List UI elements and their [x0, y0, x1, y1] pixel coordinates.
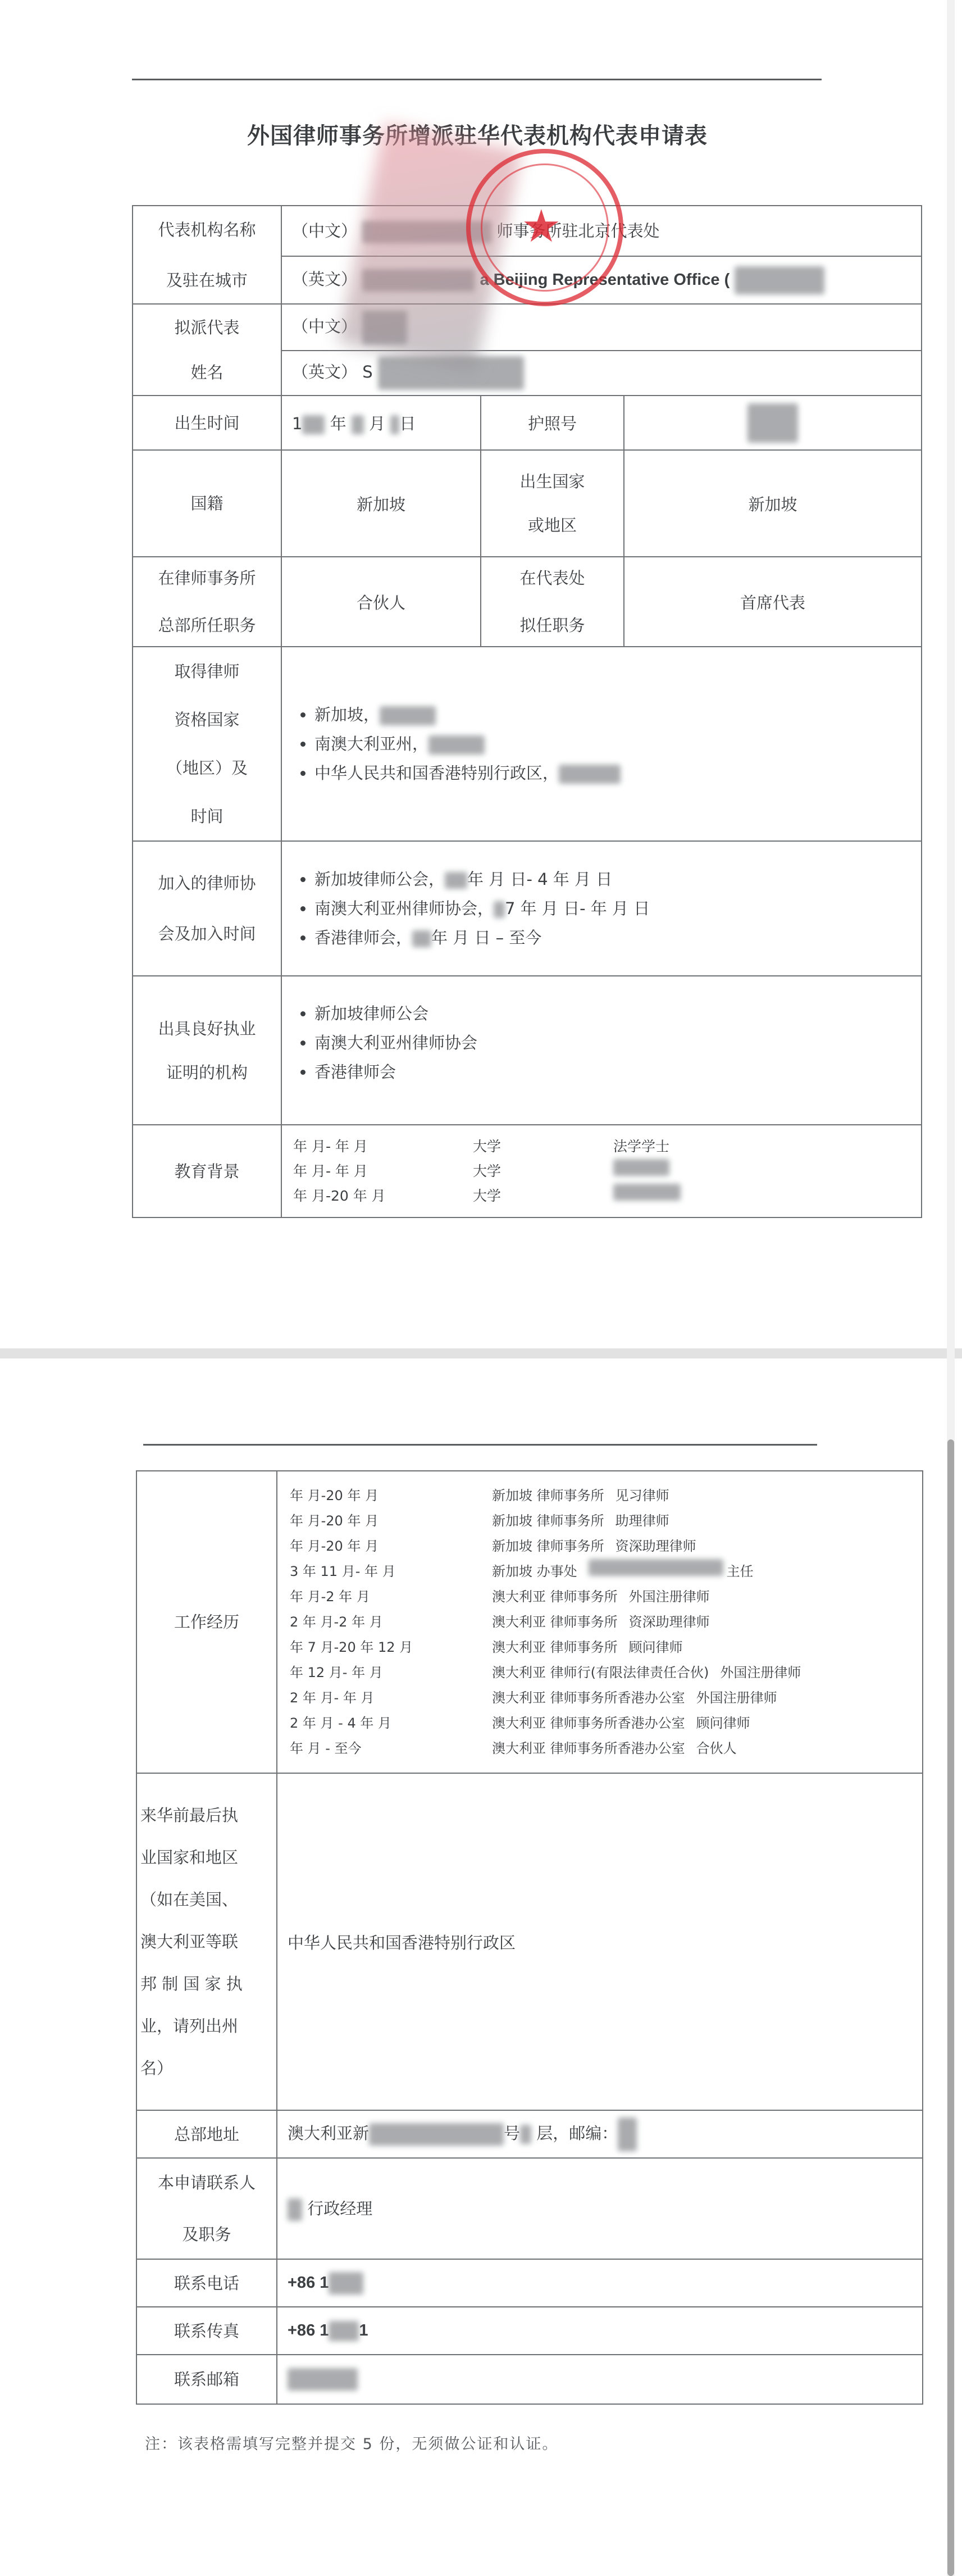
page-separator [0, 1348, 962, 1359]
redacted-text [520, 2125, 531, 2144]
nationality-label: 国籍 [133, 450, 281, 557]
hq-address-floor-postcode: 层，邮编： [536, 2124, 618, 2143]
work-title: 主任 [727, 1559, 754, 1584]
redacted-text [747, 403, 798, 443]
label-line: 本申请联系人 [147, 2165, 266, 2200]
work-title: 外国注册律师 [720, 1660, 801, 1685]
redacted-text [618, 2118, 637, 2151]
work-experience-label: 工作经历 [136, 1471, 277, 1773]
work-dates: 年 月-20 年 月 [290, 1483, 492, 1509]
row-email: 联系邮箱 [136, 2355, 923, 2404]
label-line: 出生国家 [491, 464, 613, 499]
last-practice-label: 来华前最后执 业国家和地区 （如在美国、 澳大利亚等联 邦 制 国 家 执 业，… [136, 1773, 277, 2110]
page-2: 工作经历 年 月-20 年 月新加坡 律师事务所见习律师 年 月-20 年 月新… [0, 1359, 955, 2576]
page-1: 外国律师事务所增派驻华代表机构代表申请表 代表机构名称 及驻在城市 （中文） 师… [0, 0, 955, 1348]
label-line: 出具良好执业 [143, 1011, 271, 1046]
redacted-text [735, 266, 824, 294]
birth-country-value: 新加坡 [624, 450, 922, 557]
label-line: 加入的律师协 [143, 866, 271, 901]
work-item: 2 年 月 - 4 年 月澳大利亚 律师事务所香港办公室顾问律师 [290, 1711, 912, 1736]
work-dates: 年 月-20 年 月 [290, 1534, 492, 1559]
label-line: 资格国家 [143, 696, 271, 744]
work-firm: 澳大利亚 律师事务所香港办公室 [492, 1736, 685, 1761]
bar-membership-label: 加入的律师协 会及加入时间 [133, 841, 281, 976]
label-line: 代表机构名称 [143, 212, 271, 247]
work-experience-cell: 年 月-20 年 月新加坡 律师事务所见习律师 年 月-20 年 月新加坡 律师… [277, 1471, 923, 1773]
work-firm: 新加坡 律师事务所 [492, 1509, 604, 1534]
work-dates: 年 12 月- 年 月 [290, 1660, 492, 1685]
hq-position-value: 合伙人 [281, 557, 481, 647]
redacted-text [288, 2368, 358, 2391]
work-dates: 2 年 月 - 4 年 月 [290, 1711, 492, 1736]
qualification-label: 取得律师 资格国家 （地区）及 时间 [133, 647, 281, 841]
list-item-dates: 年 月 日- 4 年 月 日 [467, 870, 612, 889]
education-degree: 法学学士 [613, 1134, 669, 1159]
list-item-text: 南澳大利亚州， [314, 734, 428, 753]
redacted-text [380, 706, 436, 725]
good-standing-list: 新加坡律师公会 南澳大利亚州律师协会 香港律师会 [292, 999, 911, 1087]
email-label: 联系邮箱 [136, 2355, 277, 2404]
en-prefix: （英文） [292, 362, 357, 381]
phone-prefix: +86 1 [288, 2274, 329, 2292]
list-item: 中华人民共和国香港特别行政区， [314, 758, 911, 788]
rep-name-label: 拟派代表 姓名 [133, 304, 281, 396]
fax-cell: +86 11 [277, 2307, 923, 2355]
education-label: 教育背景 [133, 1125, 281, 1217]
rep-name-en-cell: （英文） S [281, 351, 922, 396]
work-title: 顾问律师 [629, 1635, 683, 1660]
zh-prefix: （中文） [292, 221, 357, 240]
hq-address-number-unit: 号 [504, 2124, 520, 2143]
work-item: 年 月-2 年 月澳大利亚 律师事务所外国注册律师 [290, 1584, 912, 1610]
hq-address-label: 总部地址 [136, 2110, 277, 2158]
label-line: 邦 制 国 家 执 [140, 1963, 273, 2005]
contact-person-title: 行政经理 [307, 2199, 372, 2218]
work-firm: 澳大利亚 律师事务所 [492, 1610, 618, 1635]
application-form-table-page2: 工作经历 年 月-20 年 月新加坡 律师事务所见习律师 年 月-20 年 月新… [136, 1470, 923, 2405]
work-item: 年 12 月- 年 月澳大利亚 律师行(有限法律责任合伙)外国注册律师 [290, 1660, 912, 1685]
list-item: 新加坡律师公会，年 月 日- 4 年 月 日 [314, 865, 911, 894]
birth-label: 出生时间 [133, 396, 281, 450]
work-item: 年 月-20 年 月新加坡 律师事务所见习律师 [290, 1483, 912, 1509]
redacted-text [494, 901, 505, 918]
label-line: 来华前最后执 [140, 1794, 273, 1837]
row-rep-name-zh: 拟派代表 姓名 （中文） [133, 304, 922, 351]
row-qualification: 取得律师 资格国家 （地区）及 时间 新加坡， 南澳大利亚州， 中华人民共和国香… [133, 647, 922, 841]
row-contact-person: 本申请联系人 及职务 行政经理 [136, 2158, 923, 2259]
education-school: 大学 [473, 1134, 613, 1159]
redacted-text [428, 735, 485, 755]
list-item: 南澳大利亚州律师协会 [314, 1028, 911, 1057]
work-dates: 3 年 11 月- 年 月 [290, 1559, 492, 1584]
work-title: 顾问律师 [696, 1711, 750, 1736]
office-name-label: 代表机构名称 及驻在城市 [133, 206, 281, 304]
work-dates: 年 7 月-20 年 12 月 [290, 1635, 492, 1660]
list-item-text: 新加坡律师公会， [314, 870, 445, 889]
year-unit: 年 [330, 414, 346, 433]
redacted-text [613, 1184, 681, 1201]
work-dates: 2 年 月- 年 月 [290, 1685, 492, 1711]
day-unit: 日 [399, 414, 416, 433]
work-item: 年 月 - 至今澳大利亚 律师事务所香港办公室合伙人 [290, 1736, 912, 1761]
row-hq-address: 总部地址 澳大利亚新号 层，邮编： [136, 2110, 923, 2158]
contact-person-cell: 行政经理 [277, 2158, 923, 2259]
month-unit: 月 [369, 414, 385, 433]
passport-label: 护照号 [481, 396, 624, 450]
label-line: （如在美国、 [140, 1879, 273, 1921]
label-line: 证明的机构 [143, 1055, 271, 1090]
education-school: 大学 [473, 1159, 613, 1184]
education-item: 年 月-20 年 月 大学 [293, 1184, 911, 1209]
label-line: 在代表处 [491, 561, 613, 596]
list-item: 南澳大利亚州律师协会，7 年 月 日- 年 月 日 [314, 894, 911, 923]
header-rule [143, 1444, 817, 1446]
birth-value-cell: 1 年 月 日 [281, 396, 481, 450]
bar-membership-value-cell: 新加坡律师公会，年 月 日- 4 年 月 日 南澳大利亚州律师协会，7 年 月 … [281, 841, 922, 976]
redacted-text [445, 872, 467, 889]
label-line: 姓名 [143, 355, 271, 390]
scrollbar-thumb[interactable] [947, 1439, 954, 2576]
redacted-text [613, 1159, 669, 1176]
label-line: 名） [140, 2047, 273, 2089]
row-fax: 联系传真 +86 11 [136, 2307, 923, 2355]
qualification-value-cell: 新加坡， 南澳大利亚州， 中华人民共和国香港特别行政区， [281, 647, 922, 841]
list-item-text: 南澳大利亚州律师协会， [314, 899, 494, 918]
header-rule [132, 79, 822, 80]
office-position-value: 首席代表 [624, 557, 922, 647]
hq-address-cell: 澳大利亚新号 层，邮编： [277, 2110, 923, 2158]
list-item-text: 中华人民共和国香港特别行政区， [314, 764, 559, 783]
work-item: 年 月-20 年 月新加坡 律师事务所资深助理律师 [290, 1534, 912, 1559]
work-title: 合伙人 [696, 1736, 737, 1761]
seal-star-icon: ★ [521, 204, 562, 249]
education-value-cell: 年 月- 年 月 大学 法学学士 年 月- 年 月 大学 年 月-20 年 月 … [281, 1125, 922, 1217]
year-prefix: 1 [292, 414, 302, 433]
email-cell [277, 2355, 923, 2404]
list-item-text: 新加坡， [314, 705, 380, 724]
work-item: 2 年 月- 年 月澳大利亚 律师事务所香港办公室外国注册律师 [290, 1685, 912, 1711]
work-firm: 新加坡 律师事务所 [492, 1534, 604, 1559]
work-firm: 澳大利亚 律师事务所香港办公室 [492, 1711, 685, 1736]
nationality-value: 新加坡 [281, 450, 481, 557]
education-dates: 年 月-20 年 月 [293, 1184, 473, 1209]
work-title: 见习律师 [616, 1483, 669, 1509]
hq-position-label: 在律师事务所 总部所任职务 [133, 557, 281, 647]
education-item: 年 月- 年 月 大学 法学学士 [293, 1134, 911, 1159]
birth-country-label: 出生国家 或地区 [481, 450, 624, 557]
row-birth: 出生时间 1 年 月 日 护照号 [133, 396, 922, 450]
redacted-text [302, 415, 325, 434]
work-title: 助理律师 [616, 1509, 669, 1534]
label-line: 业，请列出州 [140, 2005, 273, 2047]
en-prefix: （英文） [292, 270, 357, 289]
list-item-dates: 年 月 日 – 至今 [431, 928, 541, 947]
work-firm: 澳大利亚 律师事务所 [492, 1584, 618, 1610]
last-practice-value: 中华人民共和国香港特别行政区 [277, 1773, 923, 2110]
phone-cell: +86 1 [277, 2259, 923, 2307]
bar-membership-list: 新加坡律师公会，年 月 日- 4 年 月 日 南澳大利亚州律师协会，7 年 月 … [292, 865, 911, 952]
label-line: 会及加入时间 [143, 916, 271, 951]
good-standing-label: 出具良好执业 证明的机构 [133, 976, 281, 1125]
work-item: 2 年 月-2 年 月澳大利亚 律师事务所资深助理律师 [290, 1610, 912, 1635]
row-position: 在律师事务所 总部所任职务 合伙人 在代表处 拟任职务 首席代表 [133, 557, 922, 647]
redacted-text [369, 2123, 504, 2146]
work-dates: 年 月-2 年 月 [290, 1584, 492, 1610]
label-line: 在律师事务所 [143, 561, 271, 596]
row-work-experience: 工作经历 年 月-20 年 月新加坡 律师事务所见习律师 年 月-20 年 月新… [136, 1471, 923, 1773]
label-line: 总部所任职务 [143, 608, 271, 643]
work-dates: 2 年 月-2 年 月 [290, 1610, 492, 1635]
row-bar-membership: 加入的律师协 会及加入时间 新加坡律师公会，年 月 日- 4 年 月 日 南澳大… [133, 841, 922, 976]
work-dates: 年 月-20 年 月 [290, 1509, 492, 1534]
work-firm: 新加坡 律师事务所 [492, 1483, 604, 1509]
label-line: 澳大利亚等联 [140, 1921, 273, 1963]
education-dates: 年 月- 年 月 [293, 1159, 473, 1184]
list-item: 南澳大利亚州， [314, 729, 911, 758]
fax-suffix: 1 [359, 2321, 368, 2339]
label-line: 时间 [143, 792, 271, 841]
fax-label: 联系传真 [136, 2307, 277, 2355]
list-item-text: 香港律师会， [314, 928, 412, 947]
redacted-text [329, 2321, 359, 2341]
redacted-text [352, 415, 364, 434]
label-line: 拟任职务 [491, 608, 613, 643]
contact-person-label: 本申请联系人 及职务 [136, 2158, 277, 2259]
row-last-practice: 来华前最后执 业国家和地区 （如在美国、 澳大利亚等联 邦 制 国 家 执 业，… [136, 1773, 923, 2110]
work-firm: 澳大利亚 律师事务所香港办公室 [492, 1685, 685, 1711]
list-item-dates: 7 年 月 日- 年 月 日 [505, 899, 650, 918]
phone-label: 联系电话 [136, 2259, 277, 2307]
work-item: 年 7 月-20 年 12 月澳大利亚 律师事务所顾问律师 [290, 1635, 912, 1660]
work-item: 3 年 11 月- 年 月新加坡 办事处主任 [290, 1559, 912, 1584]
good-standing-value-cell: 新加坡律师公会 南澳大利亚州律师协会 香港律师会 [281, 976, 922, 1125]
redacted-text [329, 2272, 363, 2295]
work-item: 年 月-20 年 月新加坡 律师事务所助理律师 [290, 1509, 912, 1534]
work-title: 资深助理律师 [629, 1610, 710, 1635]
official-seal: ★ [466, 149, 623, 306]
row-good-standing: 出具良好执业 证明的机构 新加坡律师公会 南澳大利亚州律师协会 香港律师会 [133, 976, 922, 1125]
qualification-list: 新加坡， 南澳大利亚州， 中华人民共和国香港特别行政区， [292, 700, 911, 788]
fax-prefix: +86 1 [288, 2321, 329, 2339]
redacted-text [390, 415, 399, 434]
work-title: 外国注册律师 [629, 1584, 710, 1610]
office-position-label: 在代表处 拟任职务 [481, 557, 624, 647]
work-dates: 年 月 - 至今 [290, 1736, 492, 1761]
redacted-text [412, 930, 431, 947]
education-school: 大学 [473, 1184, 613, 1209]
label-line: 及驻在城市 [143, 263, 271, 298]
label-line: （地区）及 [143, 744, 271, 792]
redacted-text [288, 2198, 302, 2221]
rep-name-en-value: S [362, 362, 372, 381]
redacted-text [589, 1559, 723, 1576]
work-firm: 澳大利亚 律师事务所 [492, 1635, 618, 1660]
passport-value-cell [624, 396, 922, 450]
redacted-text [559, 765, 621, 784]
label-line: 业国家和地区 [140, 1837, 273, 1879]
row-phone: 联系电话 +86 1 [136, 2259, 923, 2307]
education-dates: 年 月- 年 月 [293, 1134, 473, 1159]
footnote: 注：该表格需填写完整并提交 5 份，无须做公证和认证。 [145, 2432, 558, 2454]
application-form-table-page1: 代表机构名称 及驻在城市 （中文） 师事务所驻北京代表处 （英文） a Beij… [132, 205, 922, 1218]
row-nationality: 国籍 新加坡 出生国家 或地区 新加坡 [133, 450, 922, 557]
label-line: 或地区 [491, 508, 613, 543]
label-line: 取得律师 [143, 647, 271, 696]
work-title: 外国注册律师 [696, 1685, 777, 1711]
list-item: 新加坡律师公会 [314, 999, 911, 1028]
row-education: 教育背景 年 月- 年 月 大学 法学学士 年 月- 年 月 大学 年 月-20… [133, 1125, 922, 1217]
work-title: 资深助理律师 [616, 1534, 696, 1559]
work-firm: 澳大利亚 律师行(有限法律责任合伙) [492, 1660, 709, 1685]
label-line: 拟派代表 [143, 310, 271, 345]
list-item: 香港律师会，年 月 日 – 至今 [314, 923, 911, 952]
work-firm: 新加坡 办事处 [492, 1559, 577, 1584]
list-item: 香港律师会 [314, 1057, 911, 1087]
education-item: 年 月- 年 月 大学 [293, 1159, 911, 1184]
list-item: 新加坡， [314, 700, 911, 729]
hq-address-prefix: 澳大利亚新 [288, 2124, 369, 2143]
label-line: 及职务 [147, 2217, 266, 2252]
